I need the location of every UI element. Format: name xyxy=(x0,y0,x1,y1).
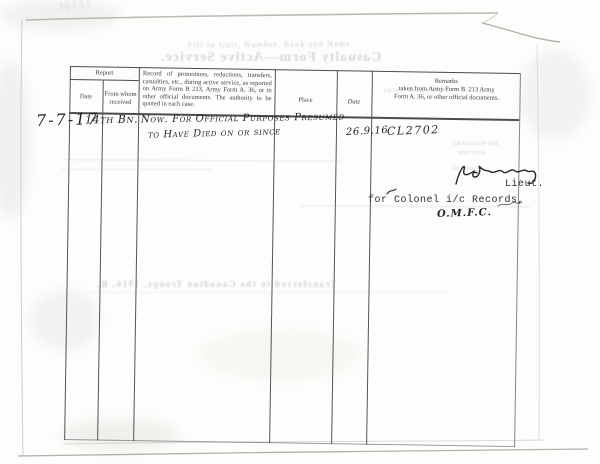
col-rule xyxy=(331,70,338,444)
entry-from-whom: 14th Bn. xyxy=(85,113,138,127)
bleed-rule xyxy=(62,169,212,170)
signature-org: O.M.F.C. xyxy=(437,207,492,220)
entry-date2: 26.9.16 xyxy=(346,125,389,138)
col-rule xyxy=(97,80,104,441)
report-header: Report xyxy=(70,69,139,78)
scanned-paper: 36555 Fill in Unit, Number, Rank and Nam… xyxy=(0,0,600,464)
signature-rank: Lieut. xyxy=(505,179,544,190)
place-header: Place xyxy=(274,96,336,104)
record-header: Record of promotions, reductions, transf… xyxy=(142,70,272,110)
from-whom-header: From whom received xyxy=(103,91,137,107)
bleed-rule xyxy=(90,292,450,293)
col-rule xyxy=(269,69,276,443)
date-header: Date xyxy=(69,93,102,101)
date2-header: Date xyxy=(336,98,371,106)
entry-remarks-ref: CL2702 xyxy=(387,123,440,138)
remarks-header-body: taken from Army Form B. 213 Army Form A.… xyxy=(392,85,502,102)
report-underline xyxy=(70,79,139,81)
